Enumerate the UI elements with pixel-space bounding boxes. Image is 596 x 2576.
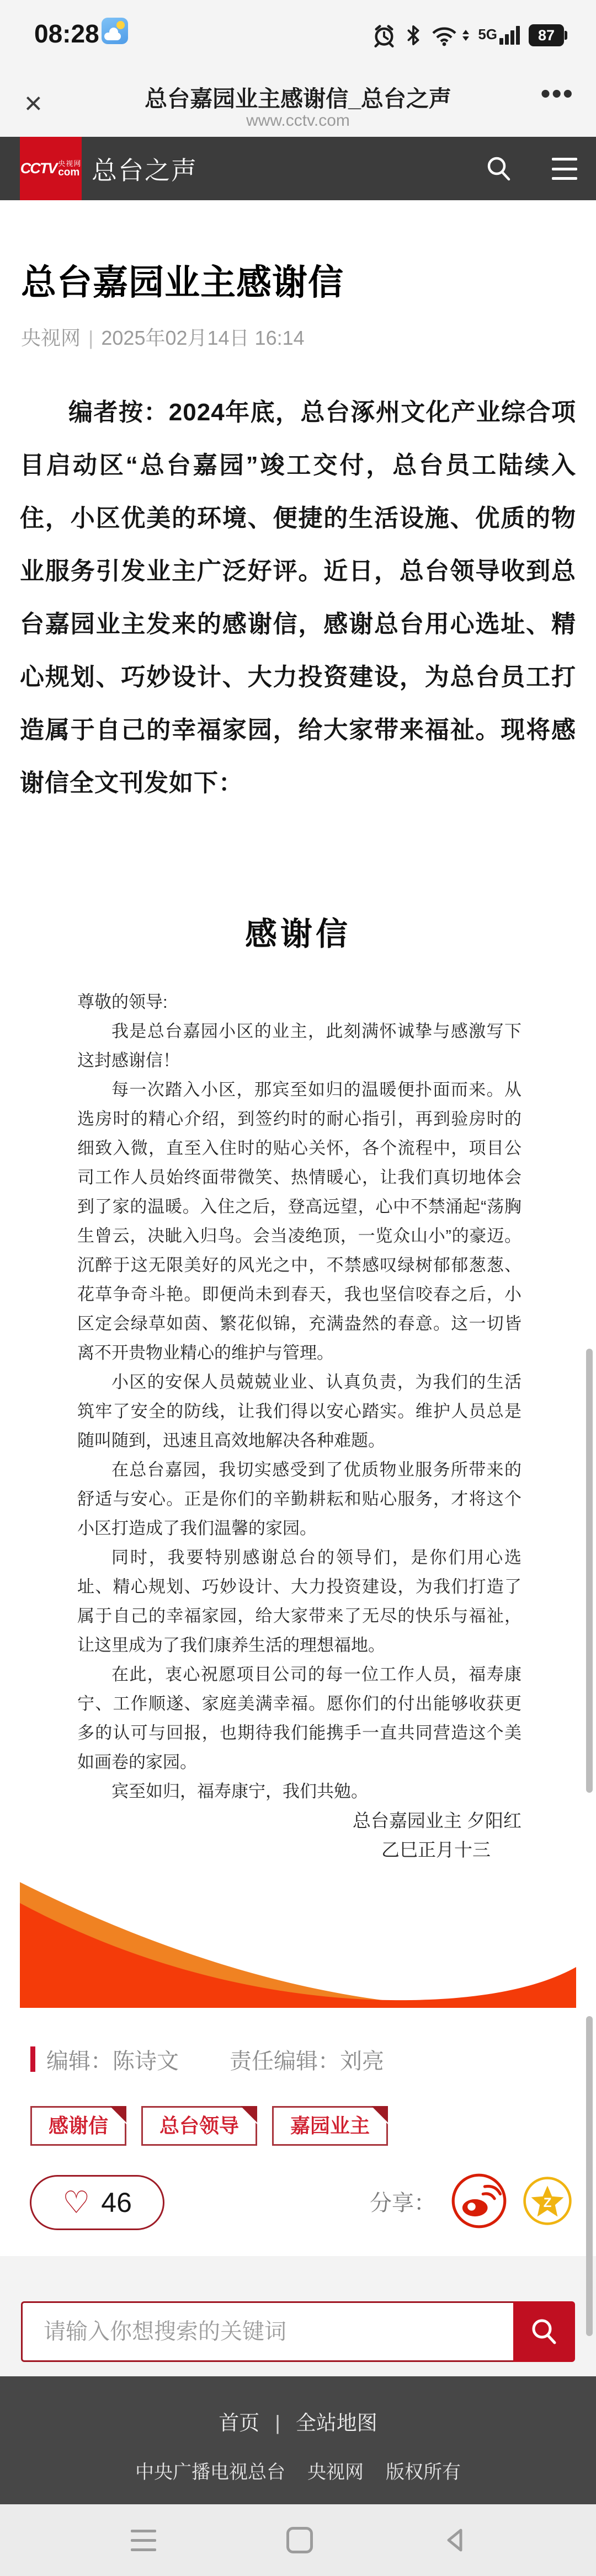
site-footer: 首页|全站地图 中央广播电视总台央视网版权所有 (0, 2376, 596, 2504)
search-box (21, 2301, 575, 2362)
letter-paragraph: 我是总台嘉园小区的业主，此刻满怀诚挚与感激写下这封感谢信！ (77, 1017, 521, 1075)
alarm-clock-icon (372, 23, 396, 47)
letter-paragraph: 宾至如归，福寿康宁，我们共勉。 (77, 1777, 521, 1806)
tag-item[interactable]: 嘉园业主 (272, 2106, 388, 2146)
share-label: 分享： (370, 2185, 436, 2217)
tag-item[interactable]: 感谢信 (30, 2106, 126, 2146)
page-url: www.cctv.com (66, 111, 530, 130)
svg-text:Z: Z (544, 2195, 552, 2210)
close-icon[interactable]: × (24, 84, 42, 122)
nav-menu-icon[interactable] (131, 2530, 156, 2551)
search-icon[interactable] (485, 154, 513, 183)
like-button[interactable]: ♡ 46 (30, 2175, 164, 2230)
android-nav-bar (0, 2504, 596, 2576)
search-input[interactable] (21, 2301, 513, 2362)
letter-signature-date: 乙巳正月十三 (77, 1835, 521, 1864)
page-title: 总台嘉园业主感谢信_总台之声 (66, 81, 530, 113)
red-accent-bar (30, 2046, 35, 2072)
scrollbar-thumb[interactable] (586, 2016, 593, 2336)
chief-editor-name: 责任编辑：刘亮 (230, 2044, 384, 2075)
footer-site: 央视网 (307, 2462, 364, 2483)
letter-paragraph: 小区的安保人员兢兢业业、认真负责，为我们的生活筑牢了安全的防线，让我们得以安心踏… (77, 1367, 521, 1455)
like-count: 46 (101, 2187, 132, 2219)
battery-indicator: 87 (529, 24, 564, 46)
share-row: 分享： Z (370, 2171, 573, 2231)
heart-icon: ♡ (62, 2187, 90, 2218)
wifi-icon (430, 23, 458, 47)
wifi-traffic-arrows (462, 30, 469, 41)
meta-separator: | (88, 327, 93, 349)
editor-name: 编辑：陈诗文 (46, 2044, 179, 2075)
scrollbar-thumb[interactable] (586, 1349, 593, 1793)
tag-item[interactable]: 总台领导 (141, 2106, 257, 2146)
site-header: CCTV 央视网 com 总台之声 (0, 137, 596, 200)
bluetooth-icon (405, 23, 422, 47)
status-bar: 08:28 5G (0, 0, 596, 72)
article-source: 央视网 (21, 327, 81, 349)
page: 08:28 5G (0, 0, 596, 2576)
clock-time: 08:28 (34, 19, 99, 49)
network-type-label: 5G (478, 26, 497, 43)
section-title: 总台之声 (92, 137, 198, 200)
cctv-logo-text: CCTV (20, 160, 57, 177)
qzone-share-icon[interactable]: Z (522, 2176, 573, 2226)
signal-icon: 5G (478, 26, 520, 45)
nav-back-icon[interactable] (444, 2527, 466, 2553)
editor-note: 编者按：2024年底，总台涿州文化产业综合项目启动区“总台嘉园”竣工交付，总台员… (20, 386, 576, 810)
letter-paragraph: 在此，衷心祝愿项目公司的每一位工作人员，福寿康宁、工作顺遂、家庭美满幸福。愿你们… (77, 1660, 521, 1777)
letter-image: 感谢信 尊敬的领导: 我是总台嘉园小区的业主，此刻满怀诚挚与感激写下这封感谢信！… (20, 861, 576, 2008)
cctv-logo[interactable]: CCTV 央视网 com (20, 137, 82, 200)
article-title: 总台嘉园业主感谢信 (21, 254, 575, 305)
letter-title: 感谢信 (20, 908, 576, 954)
system-top-zone: 08:28 5G (0, 0, 596, 137)
nav-home-icon[interactable] (286, 2527, 313, 2553)
footer-sitemap-link[interactable]: 全站地图 (296, 2412, 377, 2434)
letter-body: 尊敬的领导: 我是总台嘉园小区的业主，此刻满怀诚挚与感激写下这封感谢信！ 每一次… (77, 987, 521, 1864)
letter-paragraph: 同时，我要特别感谢总台的领导们，是你们用心选址、精心规划、巧妙设计、大力投资建设… (77, 1543, 521, 1660)
search-panel (0, 2256, 596, 2376)
status-icons: 5G 87 (372, 21, 564, 50)
article-meta: 央视网|2025年02月14日 16:14 (21, 323, 305, 351)
editor-credits: 编辑：陈诗文 责任编辑：刘亮 (30, 2044, 384, 2074)
letter-paragraph: 在总台嘉园，我切实感受到了优质物业服务所带来的舒适与安心。正是你们的辛勤耕耘和贴… (77, 1455, 521, 1543)
letter-paragraph: 每一次踏入小区，那宾至如归的温暖便扑面而来。从选房时的精心介绍，到签约时的耐心指… (77, 1075, 521, 1367)
weibo-share-icon[interactable] (450, 2172, 508, 2230)
hamburger-menu-icon[interactable] (552, 158, 577, 180)
more-menu-icon[interactable]: ••• (540, 77, 574, 110)
article-date: 2025年02月14日 16:14 (101, 327, 304, 349)
cctv-logo-com: com (58, 167, 81, 178)
footer-org: 中央广播电视总台 (135, 2462, 285, 2483)
search-button[interactable] (513, 2301, 575, 2362)
cctv-logo-cn: 央视网 (58, 160, 81, 167)
letter-salutation: 尊敬的领导: (77, 987, 521, 1017)
weather-app-icon (102, 18, 128, 44)
signal-bars-icon (499, 26, 520, 45)
tag-list: 感谢信 总台领导 嘉园业主 (30, 2106, 388, 2146)
footer-home-link[interactable]: 首页 (219, 2412, 259, 2434)
browser-title-bar: × 总台嘉园业主感谢信_总台之声 www.cctv.com ••• (0, 72, 596, 137)
ribbon-decoration (20, 1881, 576, 2008)
search-button-icon (528, 2315, 561, 2348)
footer-divider: | (275, 2412, 280, 2434)
footer-rights: 版权所有 (386, 2462, 461, 2483)
letter-signature: 总台嘉园业主 夕阳红 (77, 1806, 521, 1835)
footer-copyright: 中央广播电视总台央视网版权所有 (0, 2457, 596, 2484)
